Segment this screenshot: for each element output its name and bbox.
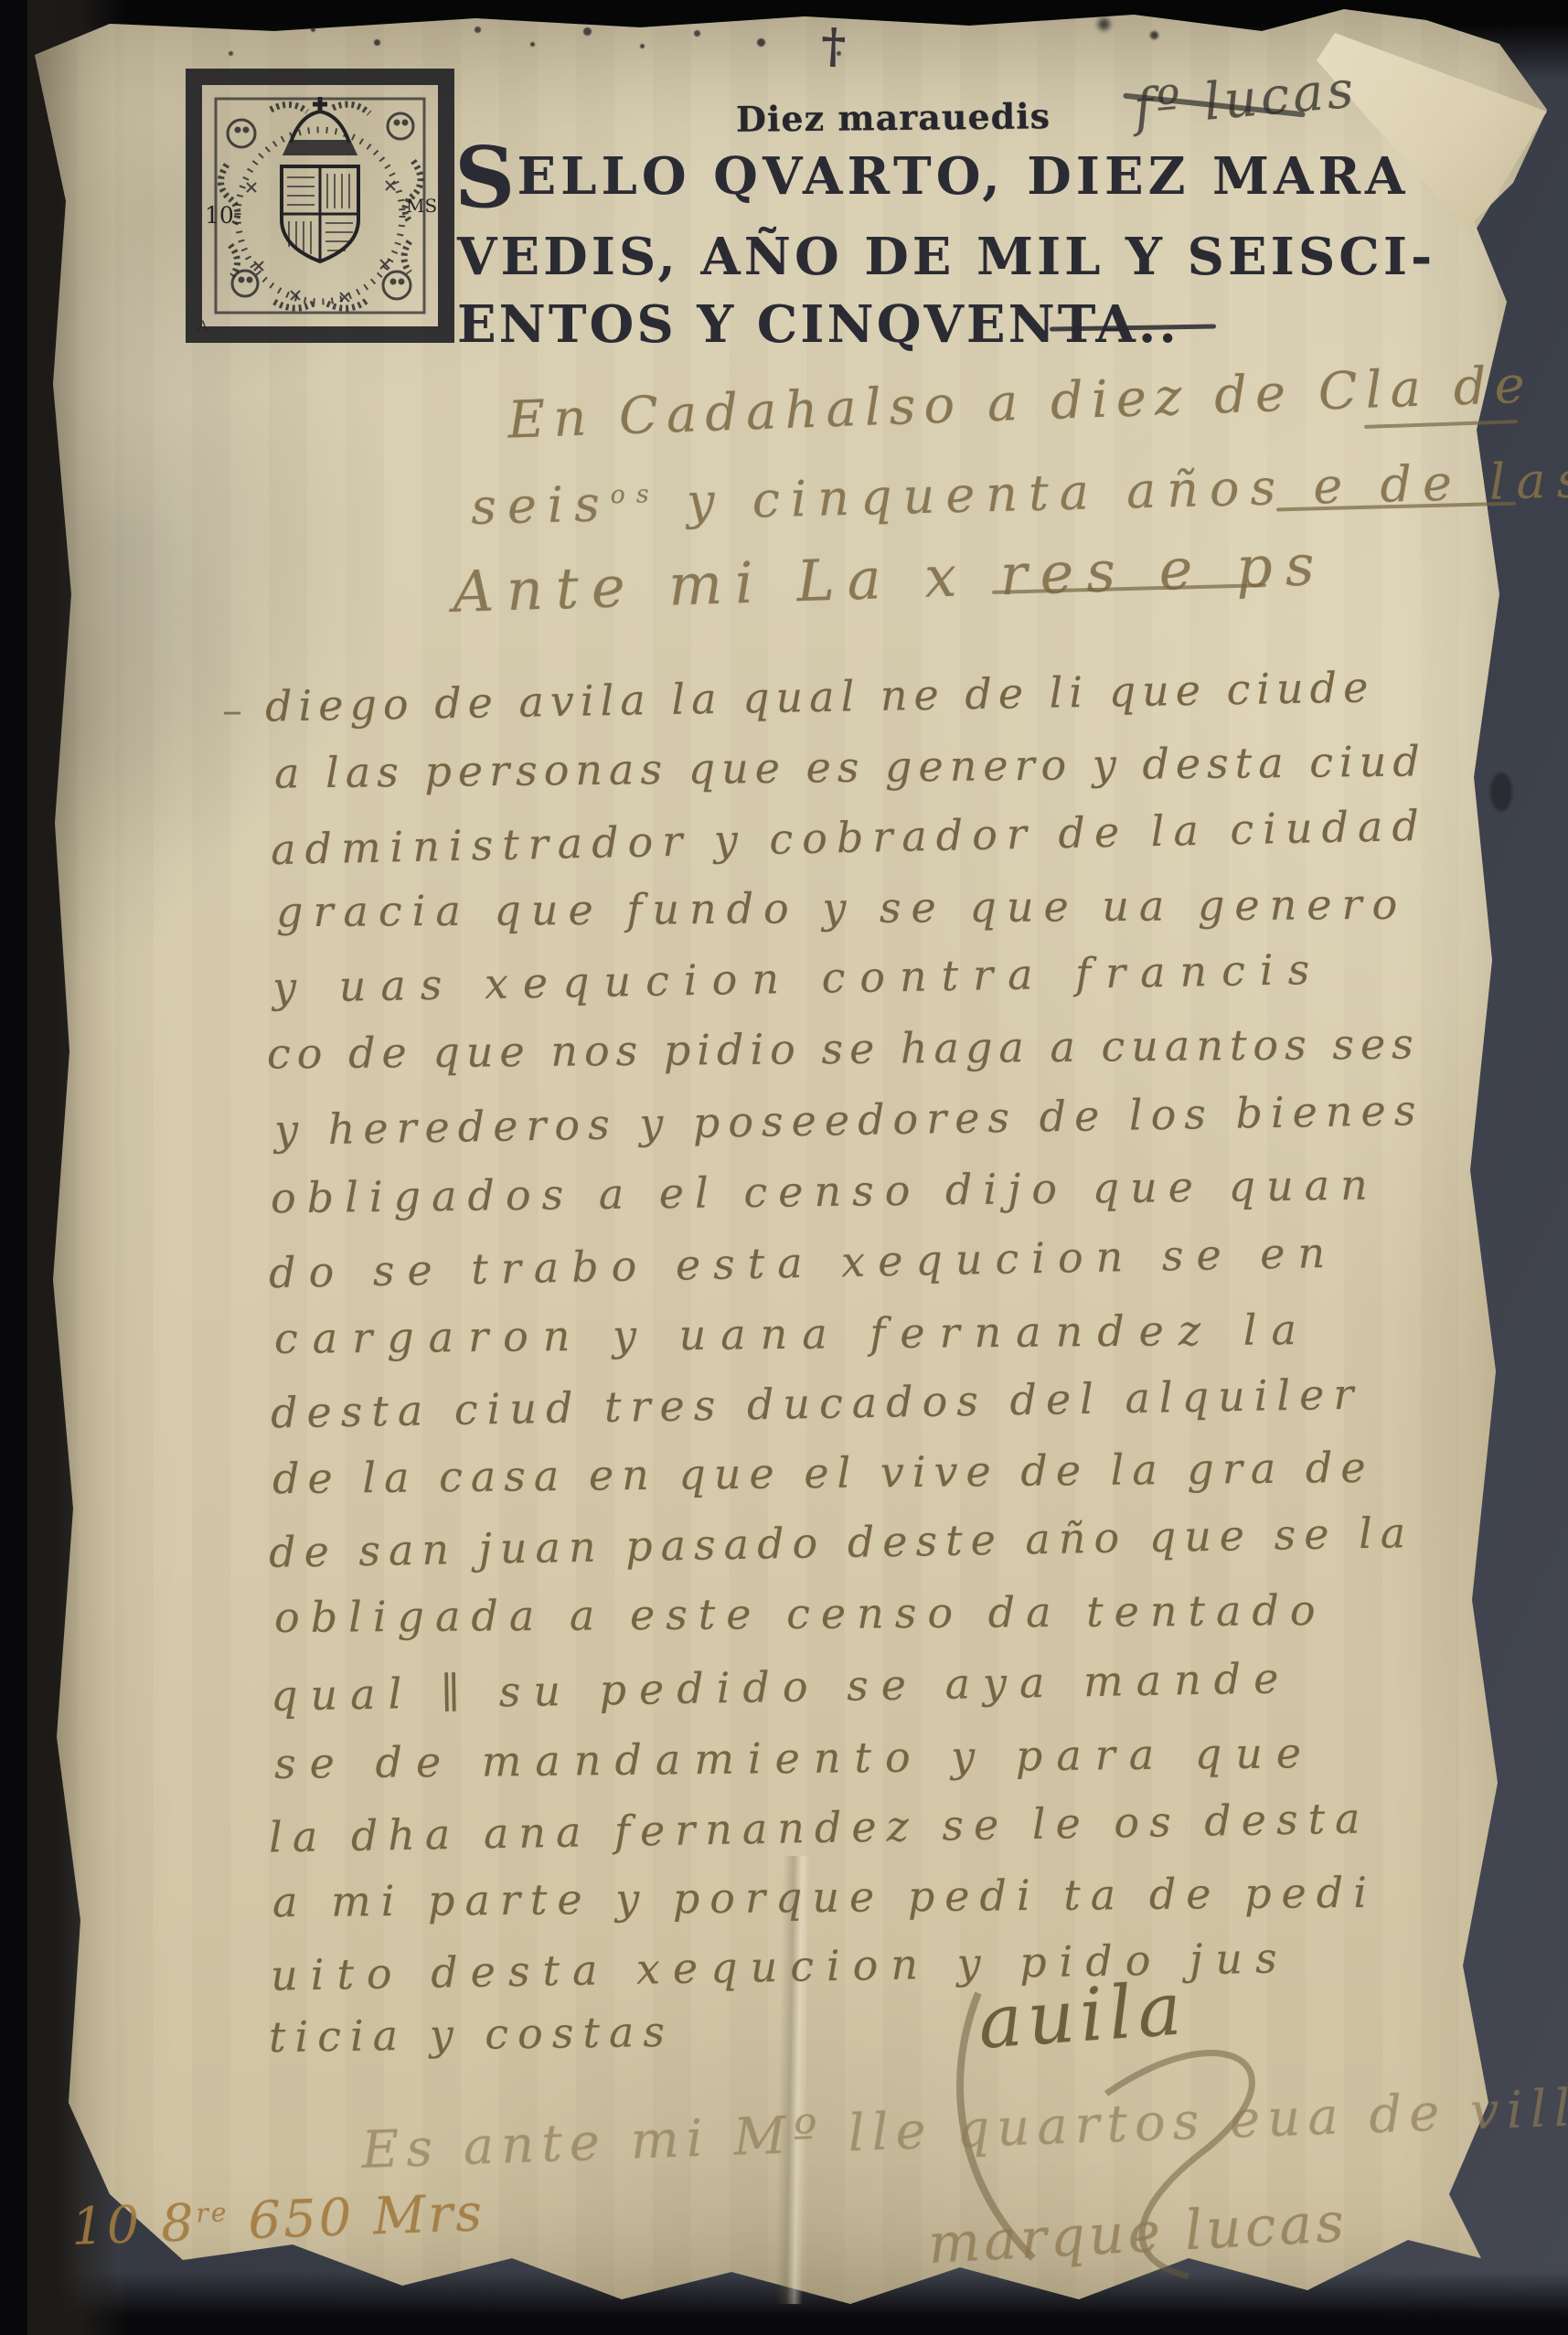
- manuscript-line: a mi parte y porque pedi ta de pedi: [272, 1868, 1377, 1927]
- fee-pre: 10 8: [70, 2193, 197, 2257]
- stamp-value-10: 10: [205, 202, 234, 229]
- manuscript-line: ticia y costas: [269, 2007, 675, 2062]
- binding-gutter-shadow: [27, 0, 128, 2335]
- printed-header-line-3: ENTOS Y CINQVENTA..: [457, 294, 1179, 355]
- printed-header-line-1: SELLO QVARTO, DIEZ MARA: [454, 146, 1409, 207]
- manuscript-line: co de que nos pidio se haga a cuantos se…: [267, 1018, 1420, 1078]
- ink-blot: [1490, 773, 1512, 811]
- manuscript-line: gracia que fundo y se que ua genero: [276, 880, 1408, 937]
- stamp-motto: Diez marauedis: [736, 95, 1051, 140]
- stamp-corner-letter: A: [197, 317, 208, 335]
- cross-icon: †: [820, 18, 847, 75]
- ink-specks: [311, 27, 315, 32]
- fee-sup: re: [196, 2197, 229, 2228]
- stamp-value-ms: MS: [406, 195, 437, 217]
- printed-header-line-2: VEDIS, AÑO DE MIL Y SEISCI-: [457, 227, 1435, 287]
- manuscript-line: obligada a este censo da tentado: [274, 1585, 1327, 1642]
- tax-stamp-woodcut: 10 MS A: [183, 66, 457, 346]
- printed-initial: S: [454, 128, 517, 227]
- heading2-pre: seis: [470, 474, 611, 536]
- printed-line1-text: ELLO QVARTO, DIEZ MARA: [517, 146, 1409, 207]
- manuscript-scan: 10 MS A † fº lucas Diez marauedis SELLO …: [0, 0, 1568, 2335]
- heading2-sup: os: [610, 480, 660, 509]
- party-signature: auila: [976, 1966, 1189, 2065]
- manuscript-line: cargaron y uana fernandez la: [274, 1305, 1311, 1363]
- fee-rest: 650 Mrs: [229, 2183, 485, 2252]
- margin-dash: –: [222, 688, 242, 734]
